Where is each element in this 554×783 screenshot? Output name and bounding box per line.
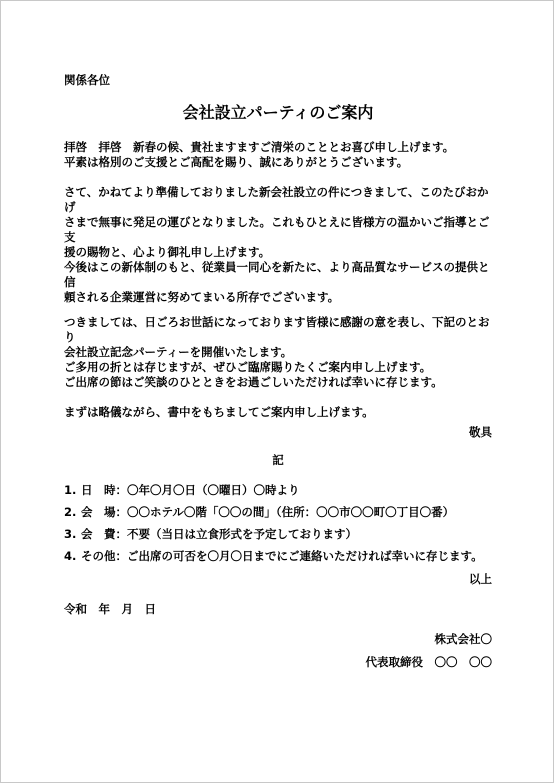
- recipient-line: 関係各位: [64, 73, 492, 88]
- list-end-ijou: 以上: [64, 572, 492, 587]
- list-item: 2. 会 場：〇〇ホテル〇階「〇〇の間」（住所：〇〇市〇〇町〇丁目〇番）: [64, 501, 492, 523]
- details-list: 1. 日 時：〇年〇月〇日（〇曜日）〇時より 2. 会 場：〇〇ホテル〇階「〇〇…: [64, 479, 492, 567]
- list-item-text: 会 場：〇〇ホテル〇階「〇〇の間」（住所：〇〇市〇〇町〇丁目〇番）: [81, 501, 454, 523]
- list-item: 4. その他：ご出席の可否を〇月〇日までにご連絡いただければ幸いに存じます。: [64, 545, 492, 567]
- list-item-number: 2.: [64, 501, 81, 523]
- paragraph-line: ご多用の折とは存じますが、ぜひご臨席賜りたくご案内申し上げます。: [64, 360, 492, 375]
- date-line: 令和 年 月 日: [64, 602, 492, 617]
- paragraph-line: 会社設立記念パーティーを開催いたします。: [64, 345, 492, 360]
- closing-line: まずは略儀ながら、書中をもちましてご案内申し上げます。: [64, 405, 492, 420]
- business-letter-page: 関係各位 会社設立パーティのご案内 拝啓 拝啓 新春の候、貴社ますますご清栄のこ…: [0, 0, 554, 783]
- sign-off-keigu: 敬具: [64, 425, 492, 440]
- paragraph-line: ご出席の節はご笑談のひとときをお過ごしいただければ幸いに存じます。: [64, 375, 492, 390]
- paragraph-line: 今後はこの新体制のもと、従業員一同心を新たに、より高品質なサービスの提供と信: [64, 260, 492, 290]
- list-item-text: 会 費：不要（当日は立食形式を予定しております）: [81, 523, 357, 545]
- list-item-number: 4.: [64, 545, 81, 567]
- list-item: 1. 日 時：〇年〇月〇日（〇曜日）〇時より: [64, 479, 492, 501]
- paragraph-line: 援の賜物と、心より御礼申し上げます。: [64, 245, 492, 260]
- company-name: 株式会社〇: [64, 632, 492, 647]
- document-title: 会社設立パーティのご案内: [64, 102, 492, 124]
- paragraph-line: さまで無事に発足の運びとなりました。これもひとえに皆様方の温かいご指導とご支: [64, 215, 492, 245]
- record-heading-ki: 記: [64, 453, 492, 468]
- paragraph-line: さて、かねてより準備しておりました新会社設立の件につきまして、このたびおかげ: [64, 185, 492, 215]
- list-item: 3. 会 費：不要（当日は立食形式を予定しております）: [64, 523, 492, 545]
- list-item-text: 日 時：〇年〇月〇日（〇曜日）〇時より: [81, 479, 300, 501]
- list-item-number: 1.: [64, 479, 81, 501]
- greeting-paragraph: 拝啓 拝啓 新春の候、貴社ますますご清栄のこととお喜び申し上げます。 平素は格別…: [64, 140, 492, 170]
- invitation-paragraph: つきましては、日ごろお世話になっております皆様に感謝の意を表し、下記のとおり 会…: [64, 315, 492, 390]
- paragraph-line: 頼される企業運営に努めてまいる所存でございます。: [64, 290, 492, 305]
- representative-name: 代表取締役 〇〇 〇〇: [64, 655, 492, 670]
- announcement-paragraph: さて、かねてより準備しておりました新会社設立の件につきまして、このたびおかげ さ…: [64, 185, 492, 305]
- paragraph-line: 平素は格別のご支援とご高配を賜り、誠にありがとうございます。: [64, 155, 492, 170]
- paragraph-line: 拝啓 拝啓 新春の候、貴社ますますご清栄のこととお喜び申し上げます。: [64, 140, 492, 155]
- list-item-text: その他：ご出席の可否を〇月〇日までにご連絡いただければ幸いに存じます。: [81, 545, 483, 567]
- paragraph-line: つきましては、日ごろお世話になっております皆様に感謝の意を表し、下記のとおり: [64, 315, 492, 345]
- list-item-number: 3.: [64, 523, 81, 545]
